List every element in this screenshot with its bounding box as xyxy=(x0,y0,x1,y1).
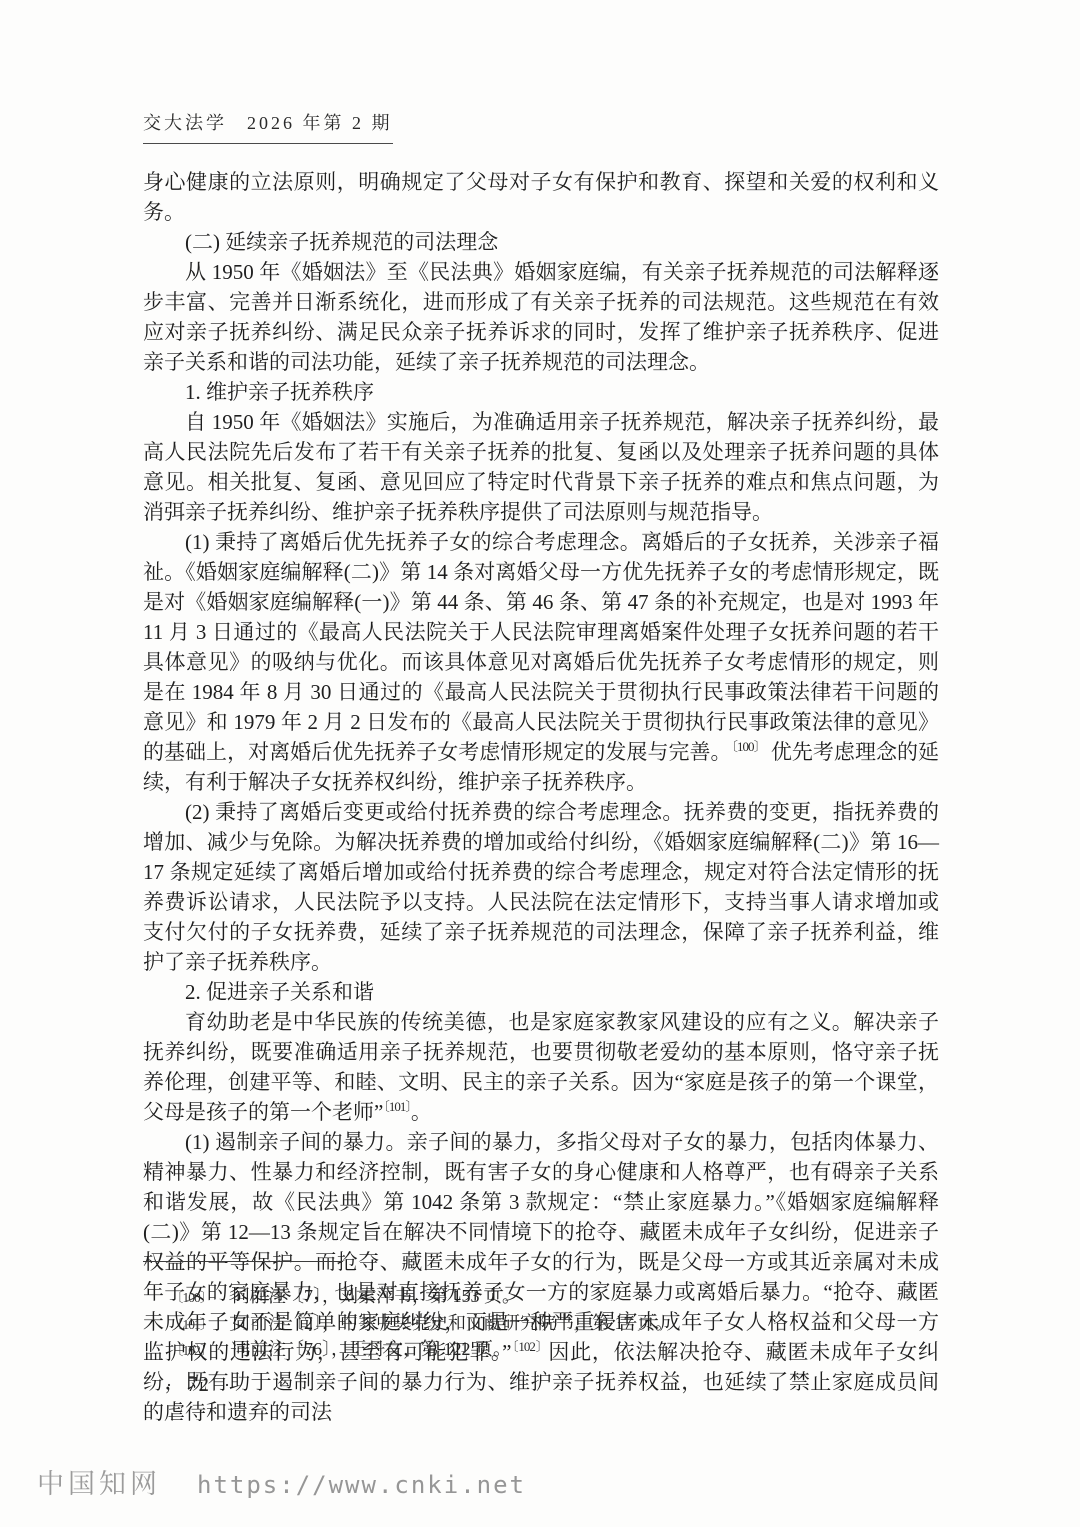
page-number-value: 72 xyxy=(187,1372,210,1396)
text-run: 。 xyxy=(411,1100,432,1124)
text-run: 2. 促进亲子关系和谐 xyxy=(185,980,374,1004)
text-run: (2) 秉持了离婚后变更或给付抚养费的综合考虑理念。抚养费的变更，指抚养费的增加… xyxy=(143,800,939,974)
cnki-brand-label: 中国知网 xyxy=(37,1462,161,1501)
footnote-item: 〔100〕同前注〔7〕，刘素萍书，第 153 页。 xyxy=(170,1284,940,1311)
paragraph: 从 1950 年《婚姻法》至《民法典》婚姻家庭编，有关亲子抚养规范的司法解释逐步… xyxy=(143,257,939,377)
section-heading: 2. 促进亲子关系和谐 xyxy=(143,977,939,1007)
section-heading: (二) 延续亲子抚养规范的司法理念 xyxy=(143,227,939,257)
footnote-item: 〔101〕同前注〔2〕，中共中央党史和文献研究院书，第 17 页。 xyxy=(170,1311,940,1338)
footnote-marker: 〔102〕 xyxy=(170,1338,232,1364)
footnote-text: 同前注〔76〕，王丹文，第 122 页。 xyxy=(232,1337,940,1363)
page-number-left-dot: · xyxy=(166,1375,173,1395)
footnote-separator-rule xyxy=(143,1261,343,1262)
paragraph: 自 1950 年《婚姻法》实施后，为准确适用亲子抚养规范，解决亲子抚养纠纷，最高… xyxy=(143,407,939,527)
paragraph: (2) 秉持了离婚后变更或给付抚养费的综合考虑理念。抚养费的变更，指抚养费的增加… xyxy=(143,797,939,977)
text-run: (1) 秉持了离婚后优先抚养子女的综合考虑理念。离婚后的子女抚养，关涉亲子福祉。… xyxy=(143,530,939,764)
text-run: 身心健康的立法原则，明确规定了父母对子女有保护和教育、探望和关爱的权利和义务。 xyxy=(143,170,939,224)
journal-page: 交大法学2026 年第 2 期 身心健康的立法原则，明确规定了父母对子女有保护和… xyxy=(0,0,1080,1527)
running-head: 交大法学2026 年第 2 期 xyxy=(143,109,393,144)
footnotes-section: 〔100〕同前注〔7〕，刘素萍书，第 153 页。〔101〕同前注〔2〕，中共中… xyxy=(170,1284,940,1364)
article-body: 身心健康的立法原则，明确规定了父母对子女有保护和教育、探望和关爱的权利和义务。(… xyxy=(143,167,939,1427)
section-heading: 1. 维护亲子抚养秩序 xyxy=(143,377,939,407)
journal-title: 交大法学 xyxy=(143,113,227,133)
footnote-text: 同前注〔7〕，刘素萍书，第 153 页。 xyxy=(232,1284,940,1310)
footnote-item: 〔102〕同前注〔76〕，王丹文，第 122 页。 xyxy=(170,1337,940,1364)
issue-info: 2026 年第 2 期 xyxy=(247,113,393,133)
footnote-reference: 〔101〕 xyxy=(383,1099,411,1114)
page-number: ·72· xyxy=(152,1372,245,1397)
footnote-marker: 〔101〕 xyxy=(170,1312,232,1338)
paragraph: 身心健康的立法原则，明确规定了父母对子女有保护和教育、探望和关爱的权利和义务。 xyxy=(143,167,939,227)
text-run: (二) 延续亲子抚养规范的司法理念 xyxy=(185,230,498,254)
footnote-text: 同前注〔2〕，中共中央党史和文献研究院书，第 17 页。 xyxy=(232,1311,940,1337)
text-run: 从 1950 年《婚姻法》至《民法典》婚姻家庭编，有关亲子抚养规范的司法解释逐步… xyxy=(143,260,939,374)
paragraph: 育幼助老是中华民族的传统美德，也是家庭家教家风建设的应有之义。解决亲子抚养纠纷，… xyxy=(143,1007,939,1127)
text-run: 育幼助老是中华民族的传统美德，也是家庭家教家风建设的应有之义。解决亲子抚养纠纷，… xyxy=(143,1010,939,1124)
cnki-url-text: https://www.cnki.net xyxy=(197,1471,526,1499)
paragraph: (1) 秉持了离婚后优先抚养子女的综合考虑理念。离婚后的子女抚养，关涉亲子福祉。… xyxy=(143,527,939,797)
cnki-watermark: 中国知网 https://www.cnki.net xyxy=(37,1462,526,1501)
text-run: 1. 维护亲子抚养秩序 xyxy=(185,380,374,404)
footnote-reference: 〔100〕 xyxy=(732,739,766,754)
paragraph: (1) 遏制亲子间的暴力。亲子间的暴力，多指父母对子女的暴力，包括肉体暴力、精神… xyxy=(143,1127,939,1427)
page-number-right-dot: · xyxy=(224,1375,231,1395)
footnote-marker: 〔100〕 xyxy=(170,1285,232,1311)
text-run: 自 1950 年《婚姻法》实施后，为准确适用亲子抚养规范，解决亲子抚养纠纷，最高… xyxy=(143,410,939,524)
